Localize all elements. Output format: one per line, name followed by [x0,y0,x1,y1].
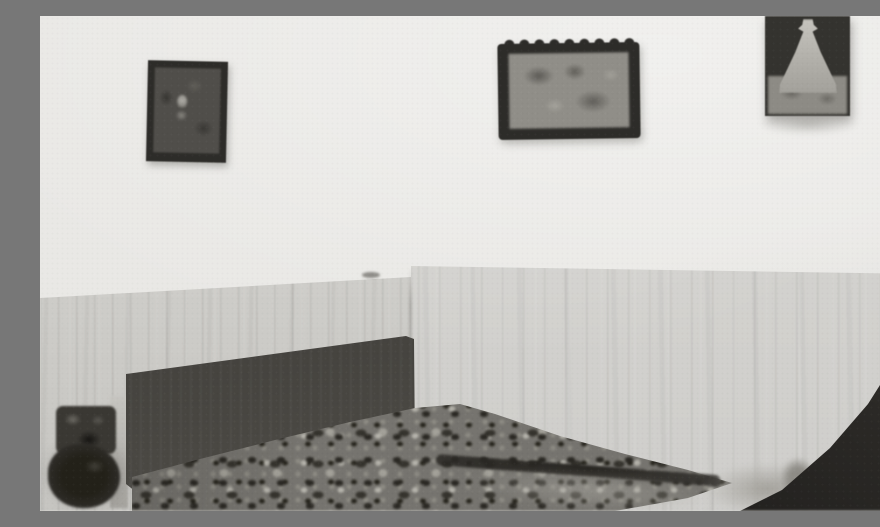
vignette-overlay [40,16,880,511]
photograph [40,16,880,511]
